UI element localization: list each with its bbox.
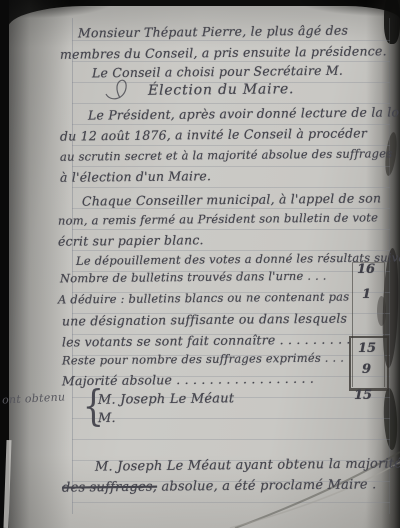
manuscript-line: Chaque Conseiller municipal, à l'appel d…	[82, 190, 381, 208]
manuscript-line: Monsieur Thépaut Pierre, le plus âgé des	[78, 23, 348, 41]
struck-text: des suffrages,	[62, 480, 157, 496]
manuscript-line: à l'élection d'un Maire.	[60, 168, 211, 185]
stain	[384, 0, 400, 44]
manuscript-line: du 12 août 1876, a invité le Conseil à p…	[60, 125, 367, 143]
margin-rule	[389, 18, 390, 514]
tally-row-deduct: les votants se sont fait connaître . . .…	[62, 331, 351, 349]
manuscript-line: écrit sur papier blanc.	[58, 232, 204, 249]
margin-rule	[72, 18, 73, 514]
candidate-line: M. Joseph Le Méaut	[98, 391, 234, 407]
tally-value-majority: 9	[362, 362, 371, 377]
book-gutter-shadow	[8, 0, 70, 528]
tally-value-urn: 16	[357, 262, 375, 277]
manuscript-photo: Monsieur Thépaut Pierre, le plus âgé des…	[0, 0, 400, 528]
tally-value-deduct: 1	[362, 287, 371, 302]
tally-value-remain: 15	[358, 341, 376, 356]
tally-row-urn: Nombre de bulletins trouvés dans l'urne …	[60, 269, 327, 286]
candidate-votes: 15	[354, 388, 372, 403]
closing-line: M. Joseph Le Méaut ayant obtenu la major…	[95, 456, 400, 474]
tally-row-remain: Reste pour nombre des suffrages exprimés…	[62, 351, 344, 368]
section-heading: Élection du Maire.	[148, 81, 294, 99]
candidate-line: M.	[98, 411, 116, 426]
closing-rest: absolue, a été proclamé Maire .	[157, 477, 376, 494]
manuscript-line: Le Conseil a choisi pour Secrétaire M.	[92, 63, 343, 81]
tally-row-deduct: une désignation suffisante ou dans lesqu…	[62, 311, 347, 329]
